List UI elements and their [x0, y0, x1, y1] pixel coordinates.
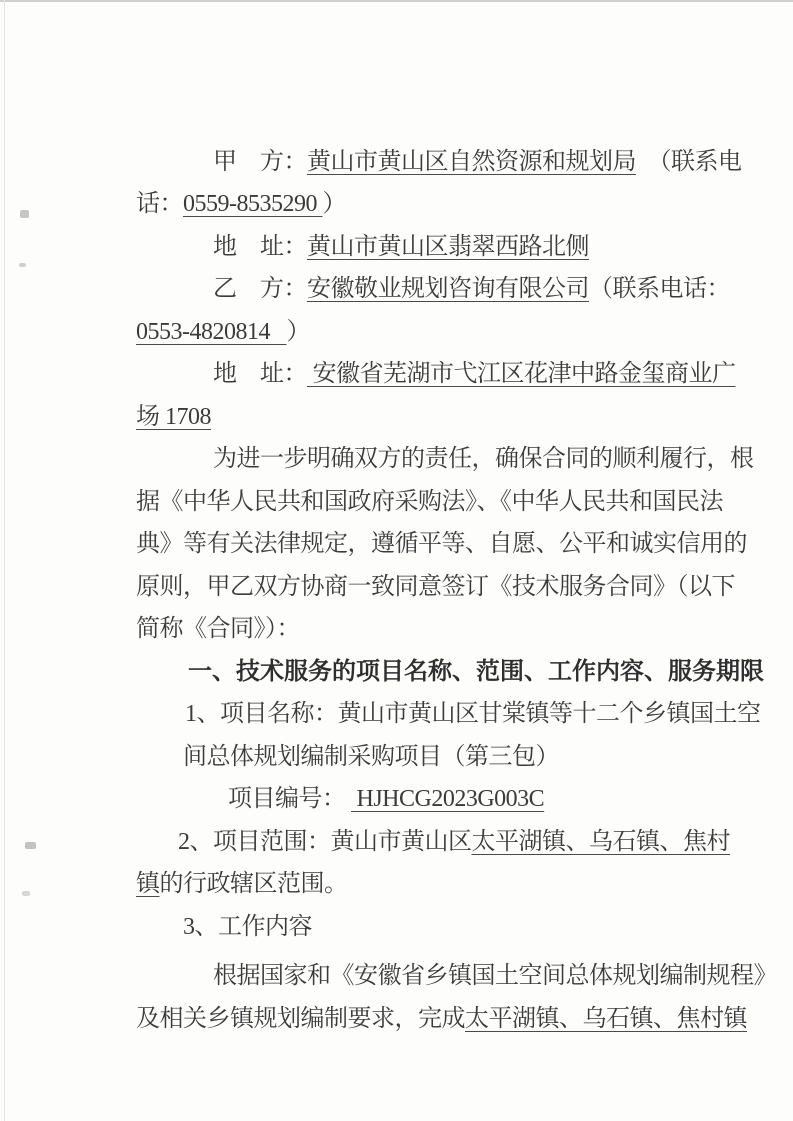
- item-3-heading-text: 3、工作内容: [183, 914, 312, 940]
- party-b-phone-number: 0553-4820814: [136, 319, 287, 345]
- party-b-address-label: 地 址：: [213, 361, 307, 387]
- scan-speck: [20, 210, 29, 218]
- work-content-towns: 太平湖镇、乌石镇、焦村镇: [465, 1006, 747, 1032]
- preamble-text: 简称《合同》）：: [136, 616, 300, 642]
- party-a-line: 甲 方：黄山市黄山区自然资源和规划局 （联系电: [180, 98, 697, 141]
- preamble-line-1: 为进一步明确双方的责任，确保合同的顺利履行，根: [180, 396, 697, 439]
- work-content-text-cont: 及相关乡镇规划编制要求，完成: [136, 1006, 465, 1032]
- party-b-address-part1: 安徽省芜湖市弋江区花津中路金玺商业广: [307, 361, 736, 387]
- party-a-address-label: 地 址：: [213, 234, 307, 260]
- party-b-phone-open: （联系电话：: [589, 276, 730, 302]
- section-1-heading-text: 一、技术服务的项目名称、范围、工作内容、服务期限: [188, 658, 764, 685]
- item-2-scope-prefix: 2、项目范围：黄山市黄山区: [178, 829, 472, 855]
- item-1-project-name-cont: 间总体规划编制采购项目（第三包）: [183, 744, 559, 770]
- item-2-towns-part1: 太平湖镇、乌石镇、焦村: [472, 829, 731, 855]
- party-a-phone-open: （联系电: [636, 149, 742, 175]
- scan-edge-left: [4, 0, 5, 1121]
- scan-speck: [19, 263, 26, 267]
- contract-document-page: 甲 方：黄山市黄山区自然资源和规划局 （联系电 话：0559-8535290 ）…: [0, 0, 793, 1121]
- party-a-name: 黄山市黄山区自然资源和规划局: [307, 149, 636, 175]
- preamble-text: 为进一步明确双方的责任，确保合同的顺利履行，根: [213, 446, 754, 472]
- party-b-label: 乙 方：: [213, 276, 307, 302]
- party-a-label: 甲 方：: [213, 149, 307, 175]
- party-a-phone-number: 0559-8535290: [183, 191, 323, 217]
- scan-edge-top: [0, 0, 793, 2]
- party-a-phone-close: ）: [323, 191, 347, 217]
- party-b-phone-close: ）: [287, 319, 311, 345]
- project-number-label: 项目编号：: [228, 786, 351, 812]
- scan-speck: [22, 891, 30, 896]
- party-a-phone-label-cont: 话：: [136, 191, 183, 217]
- preamble-text: 典》等有关法律规定，遵循平等、自愿、公平和诚实信用的: [136, 531, 747, 557]
- item-1-project-name: 1、项目名称：黄山市黄山区甘棠镇等十二个乡镇国土空: [185, 701, 761, 727]
- preamble-text: 原则，甲乙双方协商一致同意签订《技术服务合同》（以下: [136, 574, 735, 600]
- preamble-text: 据《中华人民共和国政府采购法》、《中华人民共和国民法: [136, 489, 723, 515]
- scan-speck: [25, 842, 36, 849]
- item-2-towns-part2: 镇: [136, 871, 160, 897]
- item-2-scope-suffix: 的行政辖区范围。: [160, 871, 348, 897]
- party-b-name: 安徽敬业规划咨询有限公司: [307, 276, 589, 302]
- work-content-text: 根据国家和《安徽省乡镇国土空间总体规划编制规程》: [213, 963, 777, 989]
- document-body: 甲 方：黄山市黄山区自然资源和规划局 （联系电 话：0559-8535290 ）…: [103, 98, 697, 998]
- project-number-value: HJHCG2023G003C: [351, 786, 544, 812]
- party-b-address-part2: 场 1708: [136, 404, 211, 430]
- party-a-address: 黄山市黄山区翡翠西路北侧: [307, 234, 589, 260]
